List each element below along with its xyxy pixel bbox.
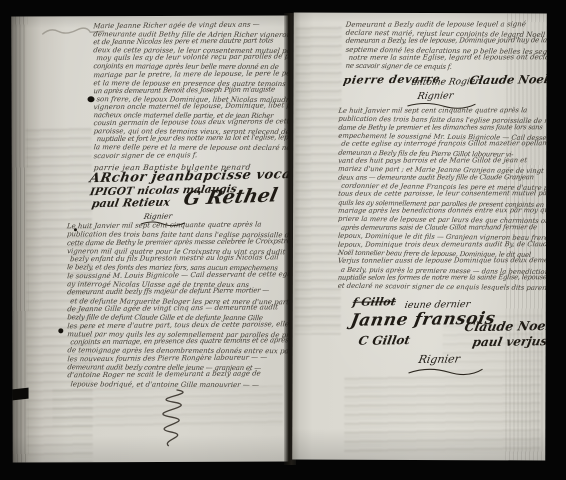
marriage-record-right-main: Le huit Janvier mil sept cent cinquante …: [338, 107, 545, 291]
signature-paul-verjus: paul verjus: [471, 334, 546, 349]
manuscript-text-line: mariage après les benedictions donnés en…: [338, 206, 545, 215]
signature-underline-flourish: [407, 367, 485, 377]
right-page: Demeurant a Bezly audit de lepouse leque…: [292, 13, 547, 461]
manuscript-text-line: de cette eglise ay interrogé françois Gi…: [338, 140, 545, 149]
signature-c-gillot: C Gillot: [357, 333, 411, 348]
manuscript-text-line: les pere et mere d'autre part, tous deux…: [67, 320, 290, 330]
ink-blot: [74, 228, 77, 231]
manuscript-text-line: moy quils les ay de leur volonté reçu pa…: [93, 53, 290, 63]
manuscript-text-line: et de Jeanne Nicolas les pere et mere da…: [93, 37, 290, 47]
manuscript-text-line: bezly enfant du fils Dupreston mestre au…: [67, 253, 290, 263]
ink-blot: [58, 328, 63, 333]
manuscript-text-line: notre mere la sainte Eglise, legard et l…: [345, 53, 544, 62]
manuscript-text-line: le soussigné M. Louis Bignicole — Cail d…: [67, 270, 290, 280]
signature-paul-retieux: paul Retieux: [91, 196, 171, 211]
manuscript-text-line: tous deux de cette paroisse, le leur con…: [338, 190, 545, 199]
manuscript-text-line: demeuran a Bezly, les de lepouse, Domini…: [345, 37, 544, 46]
signature-rignier-top: Rignier: [416, 90, 454, 101]
marriage-record-left-top: Marie Jeanne Richer agée de vingt deux a…: [93, 22, 289, 160]
left-page: Marie Jeanne Richer agée de vingt deux a…: [11, 16, 290, 463]
manuscript-text-line: lepoux, Dominique trois deux demeurants …: [338, 240, 545, 249]
manuscript-text-line: deux ans — demeurante audit Bezly fille …: [338, 173, 545, 182]
manuscript-text-line: les nouveaux fournis des Pierre Rongère …: [67, 353, 290, 363]
manuscript-text-line: un après demeurant Benoit des Joseph Pij…: [93, 85, 290, 95]
manuscript-text-line: mariage par le pretre, la mere de lepous…: [93, 69, 290, 79]
manuscript-text-line: et declaré ne scavoir signer de ce enqui…: [337, 282, 544, 293]
manuscript-text-line: vigneron oncle maternel de lepouse, Domi…: [93, 101, 290, 111]
manuscript-text-line: cousin germain de lepouse tous deux vign…: [93, 117, 290, 127]
manuscript-text-line: ne scavoir signer de ce enquis f.: [345, 62, 544, 72]
manuscript-text-line: de Jeanne Gille agée de vingt cinq ans —…: [67, 303, 290, 313]
manuscript-text-line: cette dame de Bethy le premier après mes…: [67, 237, 290, 247]
manuscript-text-line: après demeurans saisi de Claude Gillot m…: [338, 223, 545, 232]
manuscript-text-line: vant des huit pays barrois et de Marie G…: [338, 156, 545, 165]
marriage-record-left-bottom: Le huit Janvier mil sept cent cinquante …: [67, 222, 290, 389]
binding-tab-mark: [13, 388, 29, 401]
marriage-record-right-top: Demeurant a Bezly audit de lepouse leque…: [346, 21, 544, 71]
signature-rignier-small: Rignier: [143, 211, 173, 221]
manuscript-scan: Marie Jeanne Richer agée de vingt deux a…: [0, 0, 566, 480]
closing-flourish-squiggle: [131, 388, 215, 448]
signature-gillot-struck: f Gillot: [352, 295, 397, 309]
manuscript-text-line: d'antoine Roger ne scait le demeurant a …: [67, 369, 290, 379]
manuscript-text-line: Le huit Janvier mil sept cent cinquante …: [67, 220, 290, 230]
signature-claude-noelle-bottom: Claude Noelle: [463, 318, 546, 334]
bleedthrough-right-margin: [295, 25, 342, 335]
manuscript-text-line: nuptialle et fort le jour des notte mere…: [93, 134, 290, 144]
manuscript-text-line: dame de Bethy le premier et les dimanche…: [338, 123, 545, 132]
signature-claude-noelle-top: Claude Noelle: [468, 72, 546, 87]
manuscript-text-line: Le huit Janvier mil sept cent cinquante …: [338, 106, 545, 115]
signature-rignier-bottom: Rignier: [417, 352, 461, 366]
signature-g-rethel: G Rethel: [182, 184, 280, 210]
manuscript-text-line: nuptialle selon les formes de notre mere…: [337, 273, 544, 282]
manuscript-text-line: demeurant audit bezly ffs majeur de defu…: [67, 287, 290, 297]
manuscript-text-line: Demeurant a Bezly audit de lepouse leque…: [345, 20, 544, 29]
manuscript-text-line: Verjus tonnelier aussi de lepouse Domini…: [337, 256, 544, 265]
bleedthrough-right-bottom: [344, 375, 540, 454]
manuscript-text-line: Marie Jeanne Richer agée de vingt deux a…: [93, 20, 290, 30]
manuscript-text-line: conjoints en mariage, en presence des qu…: [67, 336, 290, 346]
ink-blot: [88, 96, 95, 102]
manuscript-text-line: scavoir signer de ce enquis f.: [93, 150, 289, 160]
